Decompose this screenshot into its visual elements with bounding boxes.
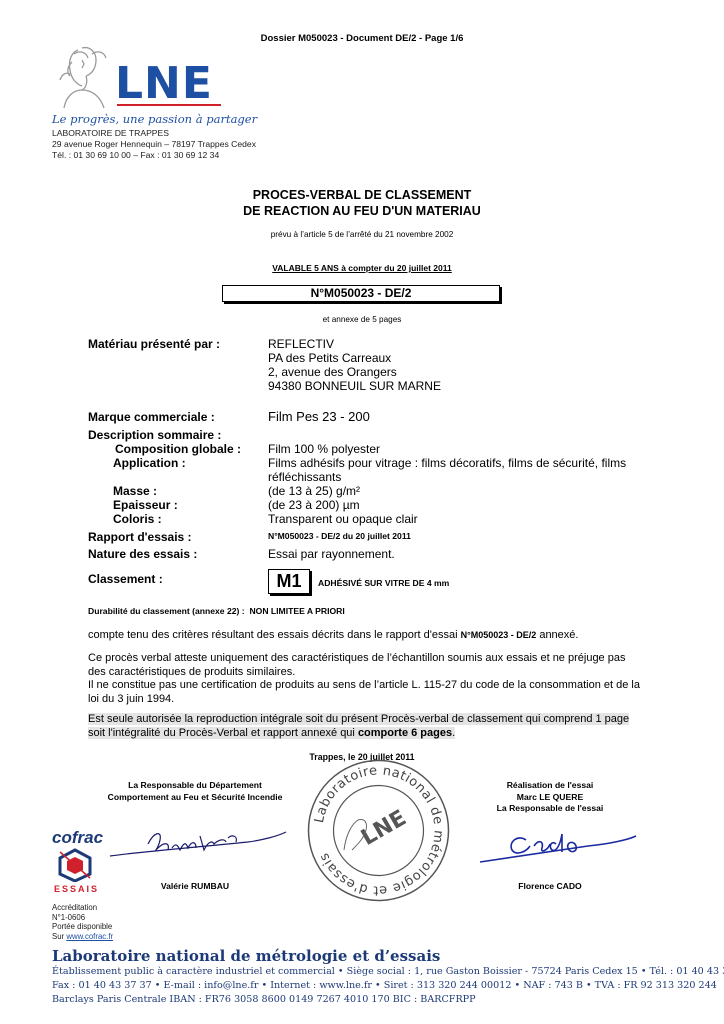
composition-value: Film 100 % polyester — [268, 442, 380, 456]
accreditation-label: Accréditation — [52, 903, 113, 913]
document-title: PROCES-VERBAL DE CLASSEMENT DE REACTION … — [0, 187, 724, 219]
legal-basis: prévu à l’article 5 de l’arrêté du 21 no… — [0, 230, 724, 239]
title-line: La Responsable du Département — [80, 780, 310, 792]
paragraph-reproduction: Est seule autorisée la reproduction inté… — [88, 713, 640, 740]
epaisseur-value: (de 23 à 200) µm — [268, 498, 360, 512]
marianne-figure-icon — [52, 40, 116, 110]
paragraph-end: . — [452, 727, 455, 739]
logo-slogan: Le progrès, une passion à partager — [52, 112, 257, 126]
accreditation-info: Accréditation N°1-0606 Portée disponible… — [52, 903, 113, 941]
right-signatory-name: Florence CADO — [460, 881, 640, 893]
validity: VALABLE 5 ANS à compter du 20 juillet 20… — [0, 263, 724, 273]
annexe-note: et annexe de 5 pages — [0, 315, 724, 324]
lne-logo: LNE — [115, 58, 213, 109]
classement-box: M1 — [268, 569, 310, 594]
epaisseur-label: Epaisseur : — [113, 498, 178, 512]
materiau-value: REFLECTIV PA des Petits Carreaux 2, aven… — [268, 337, 441, 393]
svg-text:LNE: LNE — [357, 806, 411, 851]
materiau-line: 94380 BONNEUIL SUR MARNE — [268, 379, 441, 393]
composition-label: Composition globale : — [88, 442, 241, 456]
application-value-1: Films adhésifs pour vitrage : films déco… — [268, 456, 626, 470]
cofrac-essais: ESSAIS — [54, 884, 99, 894]
masse-label: Masse : — [113, 484, 157, 498]
title-line: Réalisation de l'essai — [460, 780, 640, 792]
paragraph-disclaimer: Ce procès verbal atteste uniquement des … — [88, 652, 640, 706]
compte-tenu-end: annexé. — [536, 629, 578, 641]
lab-street: 29 avenue Roger Hennequin – 78197 Trappe… — [52, 139, 256, 150]
compte-tenu-text: compte tenu des critères résultant des e… — [88, 629, 461, 641]
sur-label: Sur — [52, 932, 66, 941]
lne-stamp-icon: Laboratoire national de métrologie et d'… — [306, 758, 451, 903]
cofrac-logo: cofrac — [52, 828, 103, 848]
portee-label: Portée disponible — [52, 922, 113, 932]
title-line-2: DE REACTION AU FEU D'UN MATERIAU — [0, 203, 724, 219]
page-count: comporte 6 pages — [358, 727, 452, 739]
application-label: Application : — [113, 456, 186, 470]
paragraph-line: soit l'intégralité du Procès-Verbal et r… — [88, 727, 358, 739]
durabilite: Durabilité du classement (annexe 22) : N… — [88, 606, 345, 616]
signature-rumbau-icon — [108, 822, 288, 864]
document-number-box: N°M050023 - DE/2 — [222, 285, 500, 302]
paragraph-line: Est seule autorisée la reproduction inté… — [88, 713, 629, 725]
coloris-label: Coloris : — [113, 512, 162, 526]
coloris-value: Transparent ou opaque clair — [268, 512, 418, 526]
description-label: Description sommaire : — [88, 428, 221, 442]
paragraph-line: loi du 3 juin 1994. — [88, 693, 640, 707]
footer-line-2: Fax : 01 40 43 37 37 • E-mail : info@lne… — [52, 980, 717, 991]
title-line: Marc LE QUERE — [460, 792, 640, 804]
lab-address: LABORATOIRE DE TRAPPES 29 avenue Roger H… — [52, 128, 256, 161]
lab-phone: Tél. : 01 30 69 10 00 – Fax : 01 30 69 1… — [52, 150, 256, 161]
title-line-1: PROCES-VERBAL DE CLASSEMENT — [0, 187, 724, 203]
title-line: La Responsable de l'essai — [460, 803, 640, 815]
materiau-label: Matériau présenté par : — [88, 337, 220, 351]
classement-note: ADHÉSIVÉ SUR VITRE DE 4 mm — [318, 578, 449, 588]
left-signatory-name: Valérie RUMBAU — [80, 881, 310, 893]
footer-title: Laboratoire national de métrologie et d’… — [52, 947, 440, 965]
cofrac-emblem-icon — [54, 848, 96, 882]
durabilite-label: Durabilité du classement (annexe 22) : — [88, 606, 245, 616]
title-line: Comportement au Feu et Sécurité Incendie — [80, 792, 310, 804]
cofrac-link[interactable]: www.cofrac.fr — [66, 932, 113, 941]
logo-underline — [117, 104, 221, 106]
nature-value: Essai par rayonnement. — [268, 547, 395, 561]
durabilite-value: NON LIMITEE A PRIORI — [249, 606, 344, 616]
nature-label: Nature des essais : — [88, 547, 197, 561]
marque-value: Film Pes 23 - 200 — [268, 409, 370, 424]
footer-line-1: Établissement public à caractère industr… — [52, 966, 724, 977]
marque-label: Marque commerciale : — [88, 410, 215, 424]
classement-label: Classement : — [88, 572, 163, 586]
lab-name: LABORATOIRE DE TRAPPES — [52, 128, 256, 139]
rapport-label: Rapport d'essais : — [88, 530, 192, 544]
accreditation-number: N°1-0606 — [52, 913, 113, 923]
right-signatory-title: Réalisation de l'essai Marc LE QUERE La … — [460, 780, 640, 815]
compte-tenu: compte tenu des critères résultant des e… — [88, 629, 578, 643]
rapport-value: N°M050023 - DE/2 du 20 juillet 2011 — [268, 531, 411, 541]
materiau-line: 2, avenue des Orangers — [268, 365, 441, 379]
masse-value: (de 13 à 25) g/m² — [268, 484, 360, 498]
compte-tenu-ref: N°M050023 - DE/2 — [461, 630, 537, 640]
materiau-line: PA des Petits Carreaux — [268, 351, 441, 365]
paragraph-line: Il ne constitue pas une certification de… — [88, 679, 640, 693]
paragraph-line: Ce procès verbal atteste uniquement des … — [88, 652, 640, 666]
paragraph-line: des caractéristiques de produits similai… — [88, 666, 640, 680]
signature-cado-icon — [478, 820, 638, 870]
footer-line-3: Barclays Paris Centrale IBAN : FR76 3058… — [52, 994, 476, 1005]
left-signatory-title: La Responsable du Département Comporteme… — [80, 780, 310, 803]
application-value-2: réfléchissants — [268, 470, 341, 484]
materiau-line: REFLECTIV — [268, 337, 441, 351]
